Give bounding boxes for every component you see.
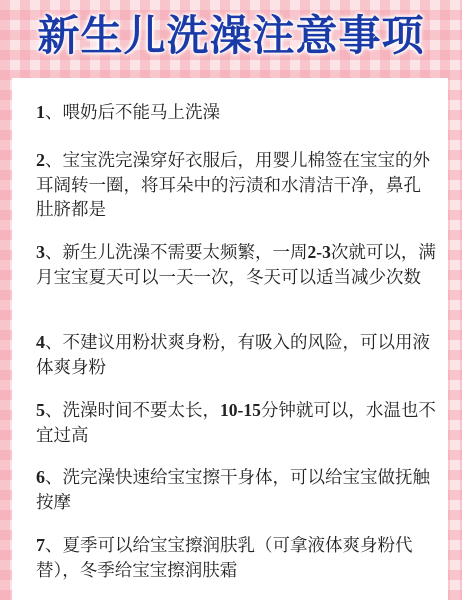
list-item: 5、洗澡时间不要太长，10-15分钟就可以，水温也不宜过高 bbox=[36, 398, 436, 448]
content-card: 1、喂奶后不能马上洗澡 2、宝宝洗完澡穿好衣服后，用婴儿棉签在宝宝的外耳阔转一圈… bbox=[12, 78, 448, 600]
page-title: 新生儿洗澡注意事项 bbox=[0, 6, 462, 66]
item-text: 不建议用粉状爽身粉，有吸入的风险，可以用液体爽身粉 bbox=[36, 333, 430, 378]
item-number: 6 bbox=[36, 467, 45, 487]
item-text: 夏季可以给宝宝擦润肤乳（可拿液体爽身粉代替），冬季给宝宝擦润肤霜 bbox=[36, 536, 413, 581]
item-text: 洗完澡快速给宝宝擦干身体，可以给宝宝做抚触按摩 bbox=[36, 468, 430, 513]
list-item: 1、喂奶后不能马上洗澡 bbox=[36, 100, 436, 126]
item-number: 2 bbox=[36, 150, 45, 170]
list-item: 7、夏季可以给宝宝擦润肤乳（可拿液体爽身粉代替），冬季给宝宝擦润肤霜 bbox=[36, 533, 436, 583]
item-text: 喂奶后不能马上洗澡 bbox=[63, 103, 221, 123]
item-text: 宝宝洗完澡穿好衣服后，用婴儿棉签在宝宝的外耳阔转一圈，将耳朵中的污渍和水清洁干净… bbox=[36, 151, 430, 220]
list-item: 3、新生儿洗澡不需要太频繁，一周2-3次就可以，满月宝宝夏天可以一天一次，冬天可… bbox=[36, 240, 436, 290]
item-number: 1 bbox=[36, 102, 45, 122]
item-number: 3 bbox=[36, 242, 45, 262]
item-number: 5 bbox=[36, 400, 45, 420]
item-number: 4 bbox=[36, 332, 45, 352]
list-item: 4、不建议用粉状爽身粉，有吸入的风险，可以用液体爽身粉 bbox=[36, 330, 436, 380]
list-item: 2、宝宝洗完澡穿好衣服后，用婴儿棉签在宝宝的外耳阔转一圈，将耳朵中的污渍和水清洁… bbox=[36, 148, 436, 223]
item-number: 7 bbox=[36, 535, 45, 555]
list-item: 6、洗完澡快速给宝宝擦干身体，可以给宝宝做抚触按摩 bbox=[36, 465, 436, 515]
